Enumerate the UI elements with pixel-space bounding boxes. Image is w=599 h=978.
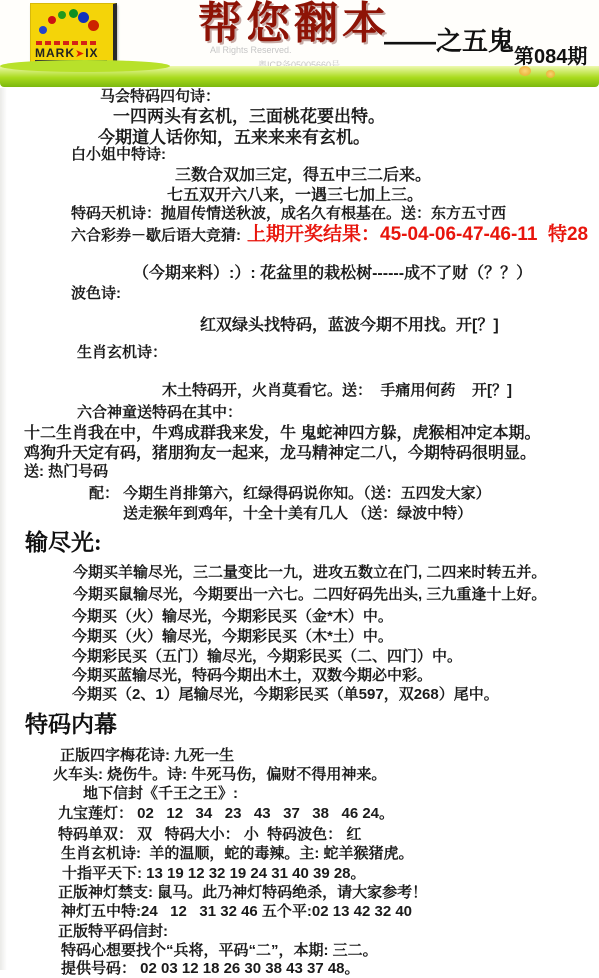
- zodiac-mystery-title: 生肖玄机诗：: [77, 345, 167, 362]
- logo-arrow-icon: ➤: [75, 48, 85, 60]
- prodigy-line-3: 送走猴年到鸡年，十全十美有几人 （送：绿波中特）: [123, 506, 472, 523]
- ten-fingers-numbers: 十指平天下: 13 19 12 32 19 24 31 40 39 28。: [62, 866, 366, 883]
- shujinguang-line-4: 今期买（火）输尽光，今期彩民买（木*土）中。: [72, 629, 393, 646]
- logo-dot-blue-2: [78, 12, 89, 23]
- white-lady-line-2: 七五双开六八来，一遇三七加上三。: [167, 187, 423, 205]
- logo-dot-red-2: [88, 20, 99, 31]
- shujinguang-line-6: 今期买蓝输尽光，特码今期出木土，双数今期必中彩。: [72, 668, 432, 685]
- horse-poem-line-2: 今期道人话你知，五来来来有玄机。: [98, 129, 370, 148]
- wave-color-line: 红双绿头找特码，蓝波今期不用找。开[？]: [200, 317, 499, 335]
- logo-dot-red-1: [48, 16, 56, 24]
- shujinguang-line-3: 今期买（火）输尽光，今期彩民买（金*木）中。: [72, 609, 393, 626]
- prodigy-line-1: 十二生肖我在中，牛鸡成群我来发，牛 鬼蛇神四方躲，虎猴相冲定本期。: [24, 425, 540, 443]
- grass-strip: [0, 66, 599, 87]
- prodigy-match-line: 配： 今期生肖排第六，红绿得码说你知。（送：五四发大家）: [89, 486, 491, 503]
- grass-decoration-2: [546, 70, 555, 78]
- magic-lamp-ban: 正版神灯禁支: 鼠马。此乃神灯特码绝杀，请大家参考！: [58, 885, 427, 902]
- shujinguang-line-2: 今期买鼠输尽光，今期要出一六七。二四好码先出头, 三九重逢十上好。: [73, 587, 546, 604]
- watermark-line-1: All Rights Reserved.: [210, 45, 292, 55]
- wave-color-title: 波色诗:: [71, 286, 121, 303]
- white-lady-title: 白小姐中特诗:: [71, 147, 166, 164]
- zodiac-mystery-line: 木土特码开，火肖莫看它。送： 手痛用何药 开[？]: [162, 383, 512, 400]
- plum-poem-line: 正版四字梅花诗: 九死一生: [60, 748, 234, 765]
- shujinguang-heading: 输尽光:: [25, 530, 102, 555]
- logo-dot-green-1: [58, 11, 66, 19]
- prodigy-gift-line: 送: 热门号码: [24, 464, 108, 481]
- logo-dot-green-2: [69, 9, 78, 18]
- shujinguang-line-5: 今期彩民买（五门）输尽光，今期彩民买（二、四门）中。: [72, 649, 462, 666]
- tianji-poem-line: 特码天机诗：抛眉传情送秋波，成名久有根基在。送：东方五寸西: [71, 206, 506, 223]
- logo-wordmark-mark: MARK: [35, 46, 75, 60]
- horse-poem-line-1: 一四两头有玄机，三面桃花要出特。: [113, 108, 385, 127]
- zodiac-mystery-2: 生肖玄机诗: 羊的温顺，蛇的毒辣。主: 蛇羊猴猪虎。: [61, 846, 414, 863]
- logo-red-dashes: [36, 41, 98, 45]
- lottery-sheet-page: MARK➤IX 帮您翻本 ——之五鬼 第084期 All Rights Rese…: [0, 0, 599, 978]
- special-code-hint: 特码心想要找个“兵将，平码“二”，本期: 三二。: [61, 943, 378, 960]
- logo-dot-blue-1: [39, 26, 47, 34]
- horse-poem-title: 马会特码四句诗：: [100, 89, 220, 106]
- riddle-contest-label: 六合彩券－歇后语大竞猜:: [71, 228, 241, 245]
- header: MARK➤IX 帮您翻本 ——之五鬼 第084期 All Rights Rese…: [0, 0, 599, 88]
- prodigy-line-2: 鸡狗升天定有码，猪朋狗友一起来，龙马精神定二八，今期特码很明显。: [24, 445, 536, 463]
- magic-lamp-numbers: 神灯五中特:24 12 31 32 46 五个平:02 13 42 32 40: [61, 904, 412, 921]
- riddle-line: （今期来料）:）: 花盆里的栽松树------成不了财（？？）: [133, 265, 532, 283]
- odd-even-size-color: 特码单双： 双 特码大小： 小 特码波色： 红: [58, 827, 361, 844]
- grass-decoration-1: [519, 66, 531, 76]
- provided-numbers: 提供号码： 02 03 12 18 26 30 38 43 37 48。: [61, 961, 360, 978]
- insider-heading: 特码内幕: [25, 712, 117, 737]
- last-draw-result: 上期开奖结果：45-04-06-47-46-11 特28: [247, 225, 588, 246]
- scan-edge-shadow: [0, 88, 7, 970]
- envelope-title: 地下信封《千王之王》:: [83, 786, 238, 803]
- train-head-line: 火车头: 烧伤牛。诗: 牛死马伤，偏财不得用神来。: [53, 767, 386, 784]
- lotus-lamp-numbers: 九宝莲灯： 02 12 34 23 43 37 38 46 24。: [58, 806, 394, 823]
- white-lady-line-1: 三数合双加三定，得五中三二后来。: [175, 167, 431, 185]
- shujinguang-line-1: 今期买羊输尽光，三二量变比一九，进攻五数立在门, 二四来时转五并。: [73, 565, 546, 582]
- issue-number: 第084期: [514, 46, 587, 68]
- page-title: 帮您翻本: [198, 0, 390, 48]
- page-subtitle: ——之五鬼: [384, 27, 514, 56]
- prodigy-title: 六合神童送特码在其中：: [77, 405, 242, 422]
- shujinguang-line-7: 今期买（2、1）尾输尽光，今期彩民买（单597，双268）尾中。: [72, 687, 499, 704]
- logo-wordmark-ix: IX: [85, 46, 98, 60]
- special-envelope-title: 正版特平码信封:: [58, 924, 168, 941]
